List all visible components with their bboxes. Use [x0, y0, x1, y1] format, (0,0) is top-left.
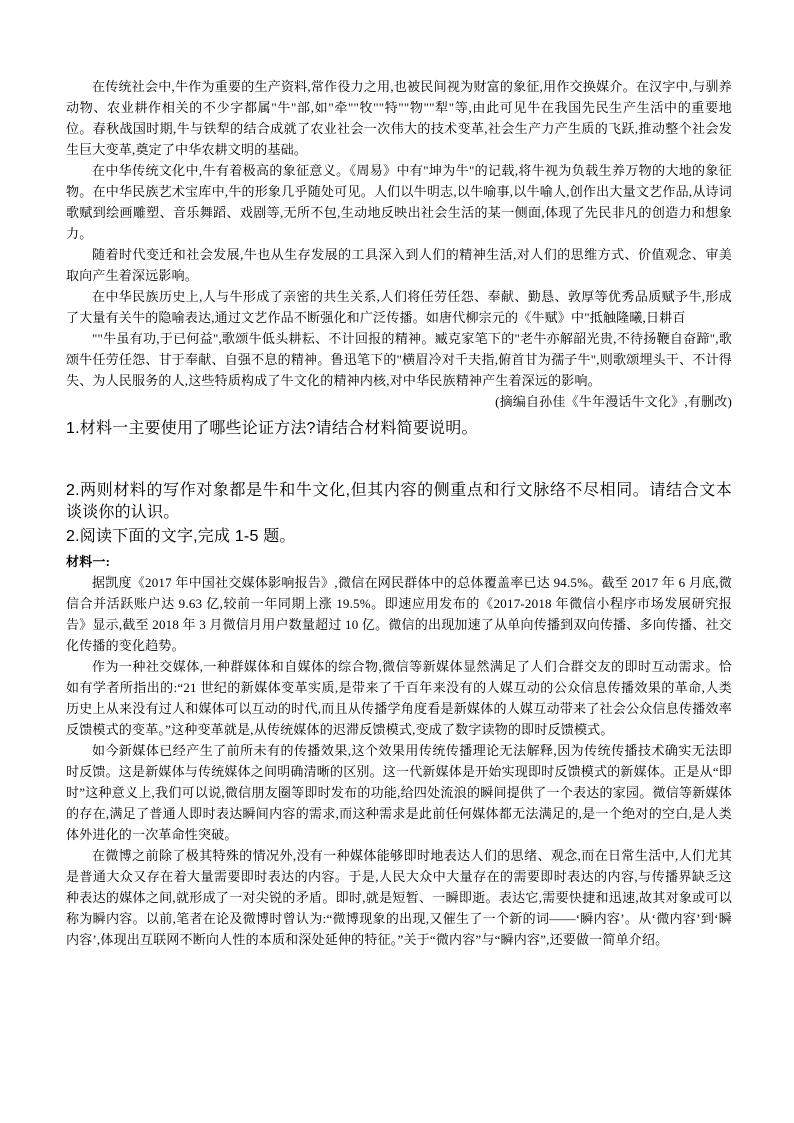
wechat-paragraph-2: 作为一种社交媒体,一种群媒体和自媒体的综合物,微信等新媒体显然满足了人们合群交友… — [66, 656, 732, 740]
question-2: 2.两则材料的写作对象都是牛和牛文化,但其内容的侧重点和行文脉络不尽相同。请结合… — [66, 480, 732, 524]
wechat-paragraph-4: 在微博之前除了极其特殊的情况外,没有一种媒体能够即时地表达人们的思绪、观念,而在… — [66, 845, 732, 950]
cattle-paragraph-2: 在中华传统文化中,牛有着极高的象征意义。《周易》中有"坤为牛"的记载,将牛视为负… — [66, 160, 732, 244]
question-1: 1.材料一主要使用了哪些论证方法?请结合材料简要说明。 — [66, 418, 732, 440]
passage-wechat: 材料一: 据凯度《2017 年中国社交媒体影响报告》,微信在网民群体中的总体覆盖… — [66, 551, 732, 950]
section-2-instruction: 2.阅读下面的文字,完成 1-5 题。 — [66, 526, 732, 548]
material-one-label: 材料一: — [66, 551, 732, 572]
wechat-paragraph-3: 如今新媒体已经产生了前所未有的传播效果,这个效果用传统传播理论无法解释,因为传统… — [66, 740, 732, 845]
blank-answer-space — [66, 440, 732, 480]
document-page: 在传统社会中,牛作为重要的生产资料,常作役力之用,也被民间视为财富的象征,用作交… — [0, 0, 794, 1123]
source-citation: (摘编自孙佳《牛年漫话牛文化》,有删改) — [66, 391, 732, 412]
cattle-paragraph-5: ""牛虽有功,于已何益",歌颂牛低头耕耘、不计回报的精神。臧克家笔下的"老牛亦解… — [66, 328, 732, 391]
cattle-paragraph-3: 随着时代变迁和社会发展,牛也从生存发展的工具深入到人们的精神生活,对人们的思维方… — [66, 244, 732, 286]
cattle-paragraph-4: 在中华民族历史上,人与牛形成了亲密的共生关系,人们将任劳任怨、奉献、勤恳、敦厚等… — [66, 286, 732, 328]
wechat-paragraph-1: 据凯度《2017 年中国社交媒体影响报告》,微信在网民群体中的总体覆盖率已达 9… — [66, 572, 732, 656]
cattle-paragraph-1: 在传统社会中,牛作为重要的生产资料,常作役力之用,也被民间视为财富的象征,用作交… — [66, 76, 732, 160]
passage-cattle: 在传统社会中,牛作为重要的生产资料,常作役力之用,也被民间视为财富的象征,用作交… — [66, 76, 732, 412]
